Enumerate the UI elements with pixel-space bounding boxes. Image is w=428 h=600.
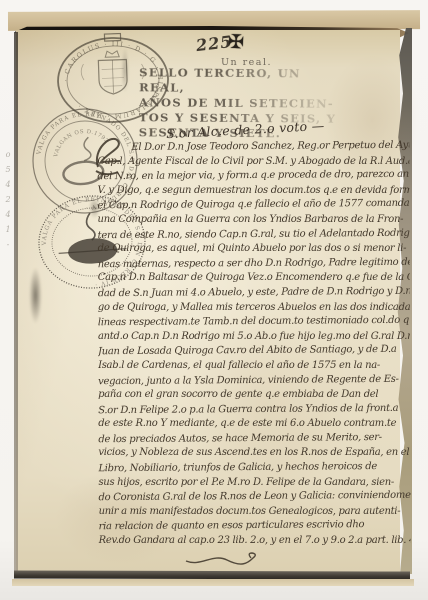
manuscript-line: ria relacion de quanto en esos particula…: [99, 518, 411, 535]
margin-mark: -: [2, 240, 14, 249]
manuscript-line: tera de este R.no, siendo Cap.n G.ral, s…: [98, 226, 410, 243]
manuscript-line: de Quiroga, es aquel, mi Quinto Abuelo p…: [98, 242, 410, 257]
manuscript-line: Isab.l de Cardenas, el qual fallecio el …: [98, 359, 410, 374]
manuscript-line: una Compañia en la Guerra con los Yndios…: [98, 213, 410, 228]
manuscript-line: Rev.do Gandara al cap.o 23 lib. 2.o, y e…: [99, 534, 411, 549]
margin-mark: 1: [2, 225, 14, 234]
manuscript-line: lineas respectivam.te Tamb.n del docum.t…: [98, 314, 410, 331]
margin-mark: 5: [2, 165, 14, 174]
seal-title-line: SELLO TERCERO, UN REAL,: [139, 65, 349, 96]
manuscript-photo: o54241- · CAROLUS · III · D · G · HISPAN…: [0, 0, 428, 600]
manuscript-line: Cap.n D.n Baltasar de Quiroga Vez.o Enco…: [98, 271, 410, 286]
manuscript-line: del N.ro, en la mejor via, y form.a q.e …: [97, 168, 409, 185]
manuscript-line: S.or D.n Felipe 2.o p.a la Guerra contra…: [98, 401, 410, 418]
left-edge-shadow: [14, 32, 18, 572]
margin-mark: 2: [2, 195, 14, 204]
maltese-cross-icon: ✠: [227, 31, 244, 54]
manuscript-line: sus hijos, escrito por el P.e M.ro D. Fe…: [98, 476, 410, 491]
manuscript-line: vegacion, junto a la Ysla Dominica, vini…: [98, 372, 410, 389]
manuscript-line: Juan de Losada Quiroga Cav.ro del Abito …: [98, 343, 410, 360]
margin-mark: 4: [2, 180, 14, 189]
margin-mark: 4: [2, 210, 14, 219]
manuscript-line: paña con el gran socorro de gente q.e em…: [98, 388, 410, 403]
manuscript-line: vicios, y Nobleza de sus Ascend.tes en l…: [98, 446, 410, 461]
manuscript-body: El D.or D.n Jose Teodoro Sanchez, Reg.or…: [97, 139, 410, 554]
manuscript-line: dad de S.n Juan mi 4.o Abuelo, y este, P…: [98, 285, 410, 302]
manuscript-line: el Cap.n Rodrigo de Quiroga q.e fallecio…: [97, 197, 409, 214]
manuscript-line: go de Quiroga, y Mallea mis terceros Abu…: [98, 301, 410, 316]
paper-bottom-edge: [12, 579, 414, 586]
margin-mark: o: [2, 150, 14, 159]
manuscript-line: de este R.no Y mediante, q.e de este mi …: [98, 417, 410, 432]
seal-title-line: AÑOS DE MIL SETECIEN-: [139, 95, 349, 111]
signature-flourish-icon: [183, 551, 261, 569]
manuscript-line: do Coronista G.ral de los R.nos de Leon …: [98, 489, 410, 506]
manuscript-line: Cap.l, Agente Fiscal de lo Civil por S.M…: [97, 155, 409, 170]
margin-annotations: o54241-: [2, 150, 14, 249]
manuscript-line: Libro, Nobiliario, triunfos de Galicia, …: [98, 460, 410, 477]
manuscript-line: antd.o Cap.n D.n Rodrigo mi 5.o Ab.o fue…: [98, 330, 410, 345]
manuscript-line: El D.or D.n Jose Teodoro Sanchez, Reg.or…: [97, 139, 409, 155]
manuscript-line: neas maternas, respecto a ser dho D.n Ro…: [98, 256, 410, 273]
